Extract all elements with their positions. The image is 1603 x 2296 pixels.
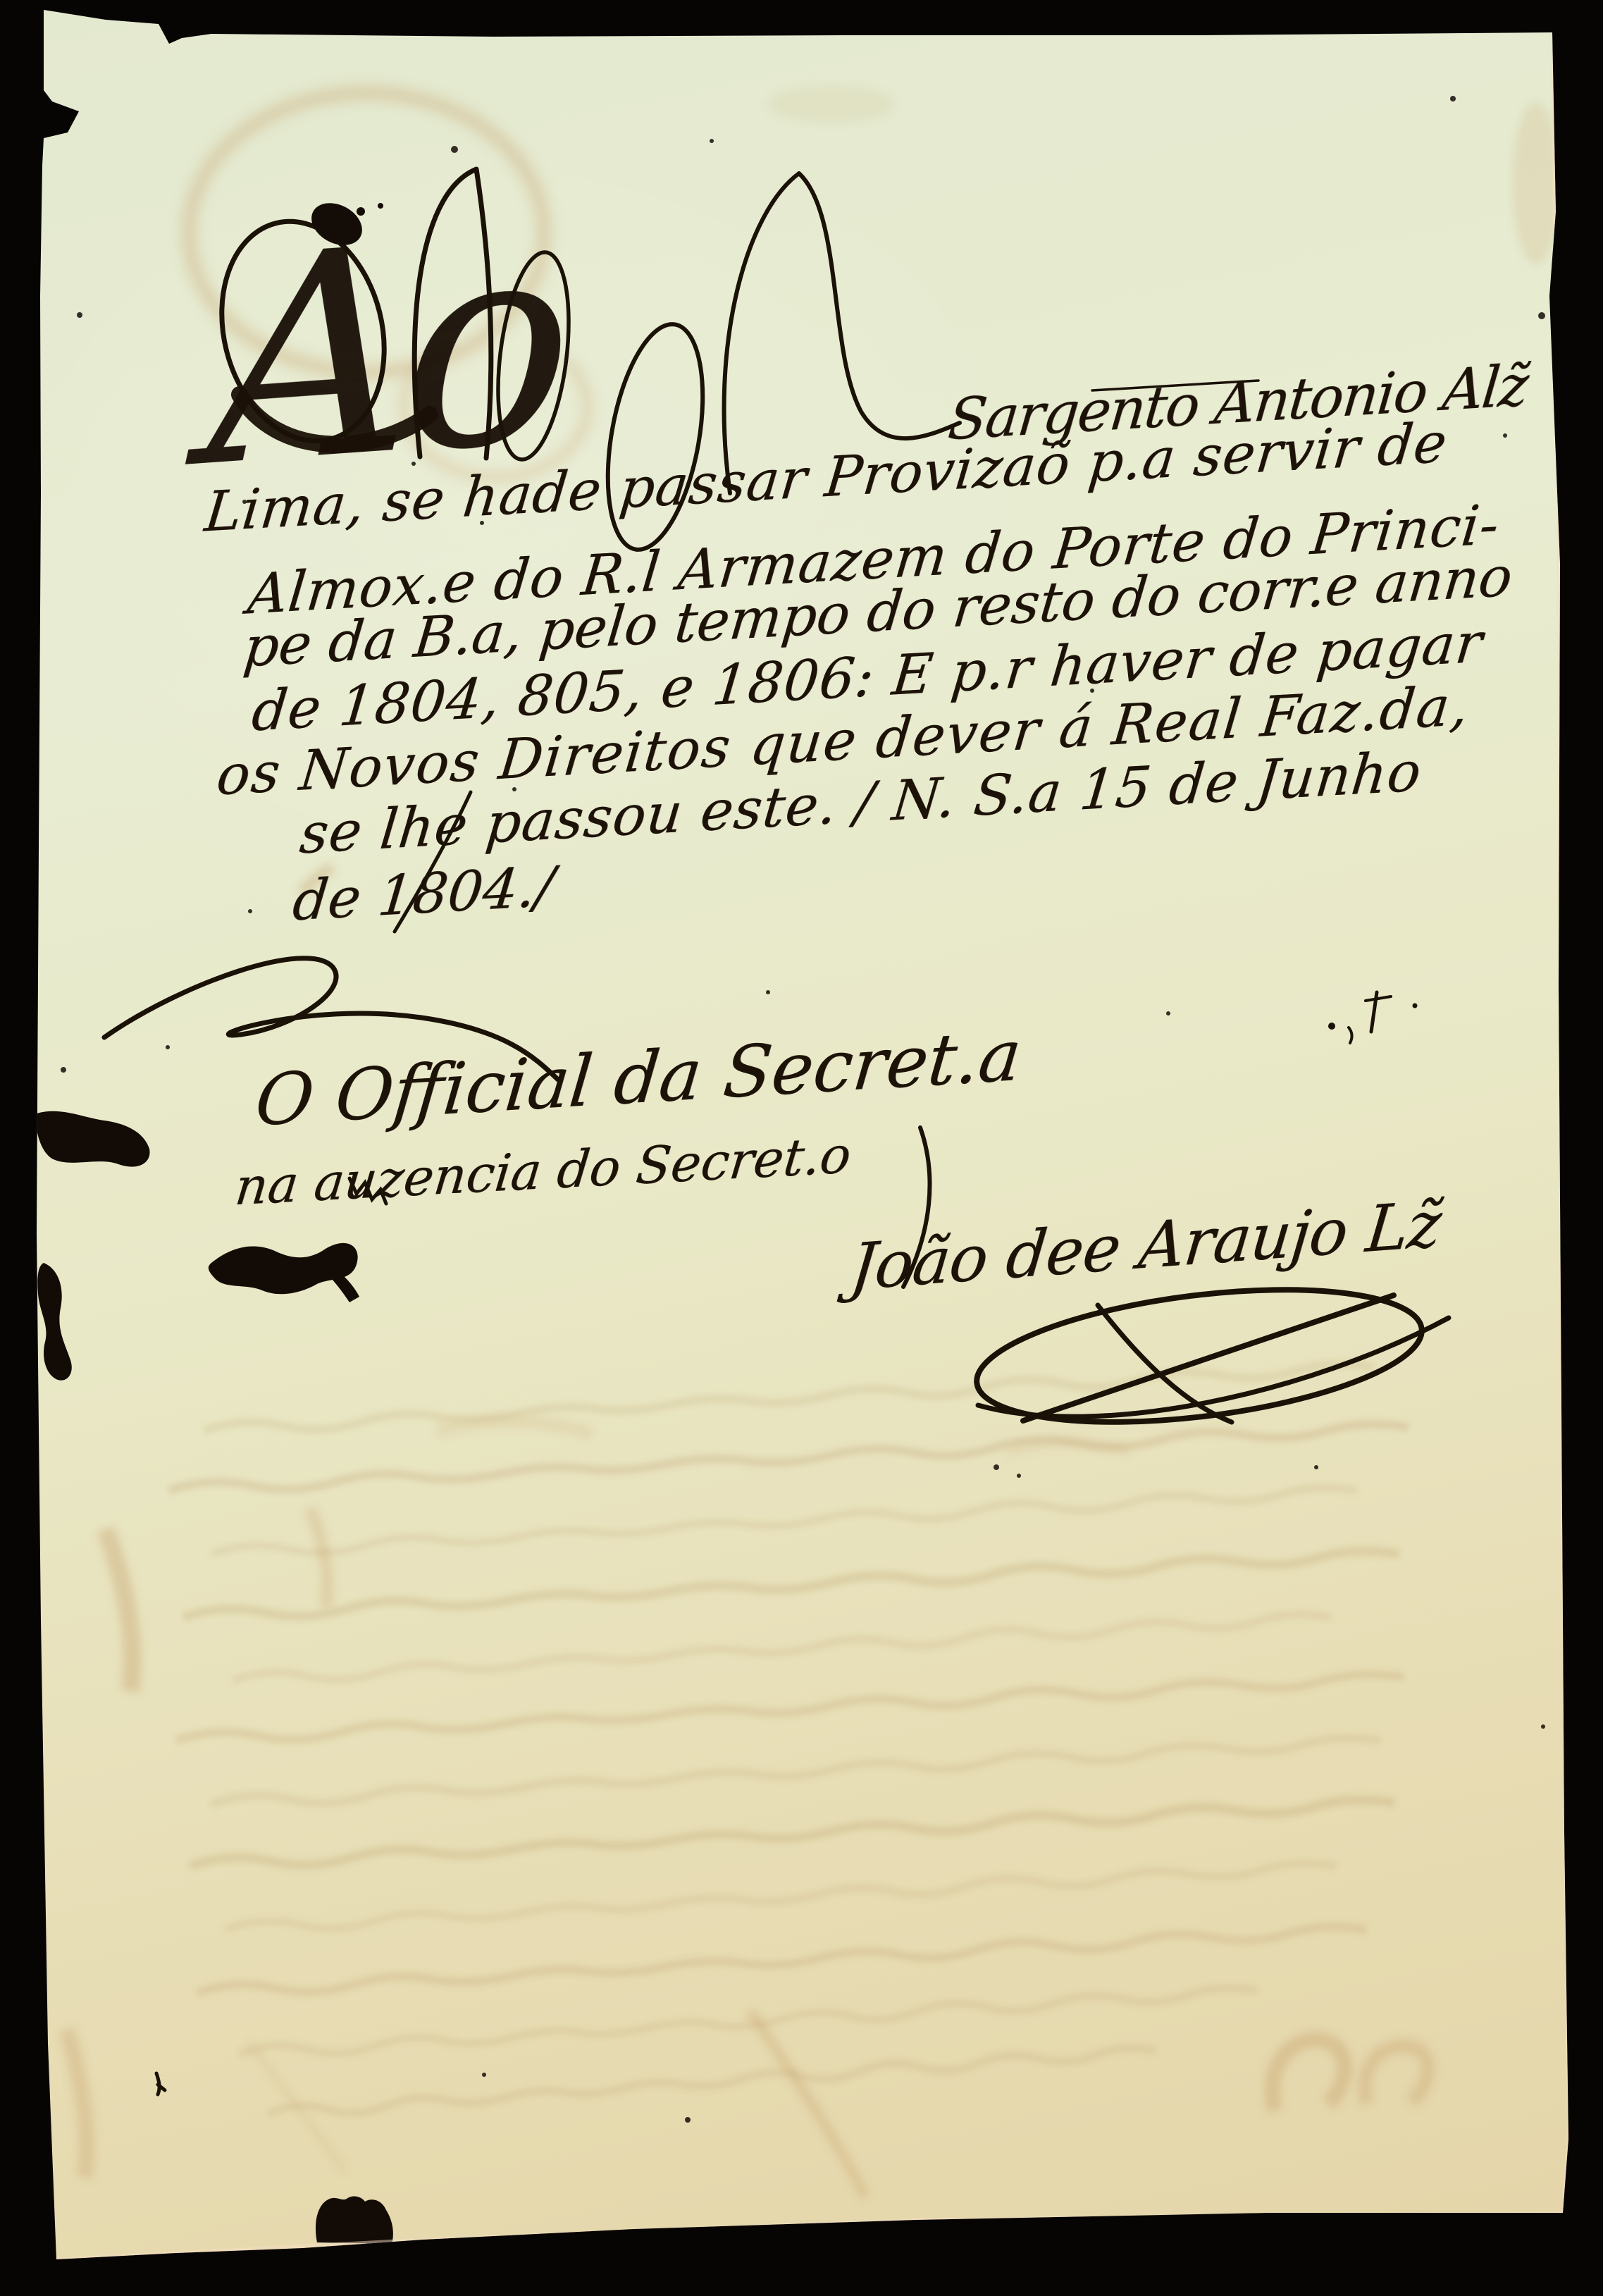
ink-flourish-layer [0,0,1603,2296]
marginal-pen-marks [156,992,1418,2094]
ink-specks [61,96,1545,2123]
edge-ink-blots [36,1111,393,2244]
paper: Ao Sargento Antonio Alz̃ Lima, se hade p… [0,0,1603,2296]
closing-flourishes [104,792,930,1287]
photo-stage: Ao Sargento Antonio Alz̃ Lima, se hade p… [0,0,1603,2296]
ink-blob-on-flourish [304,195,383,253]
paper-edge-highlight [56,32,1568,2259]
signature-rubric-flourish [970,1269,1449,1443]
